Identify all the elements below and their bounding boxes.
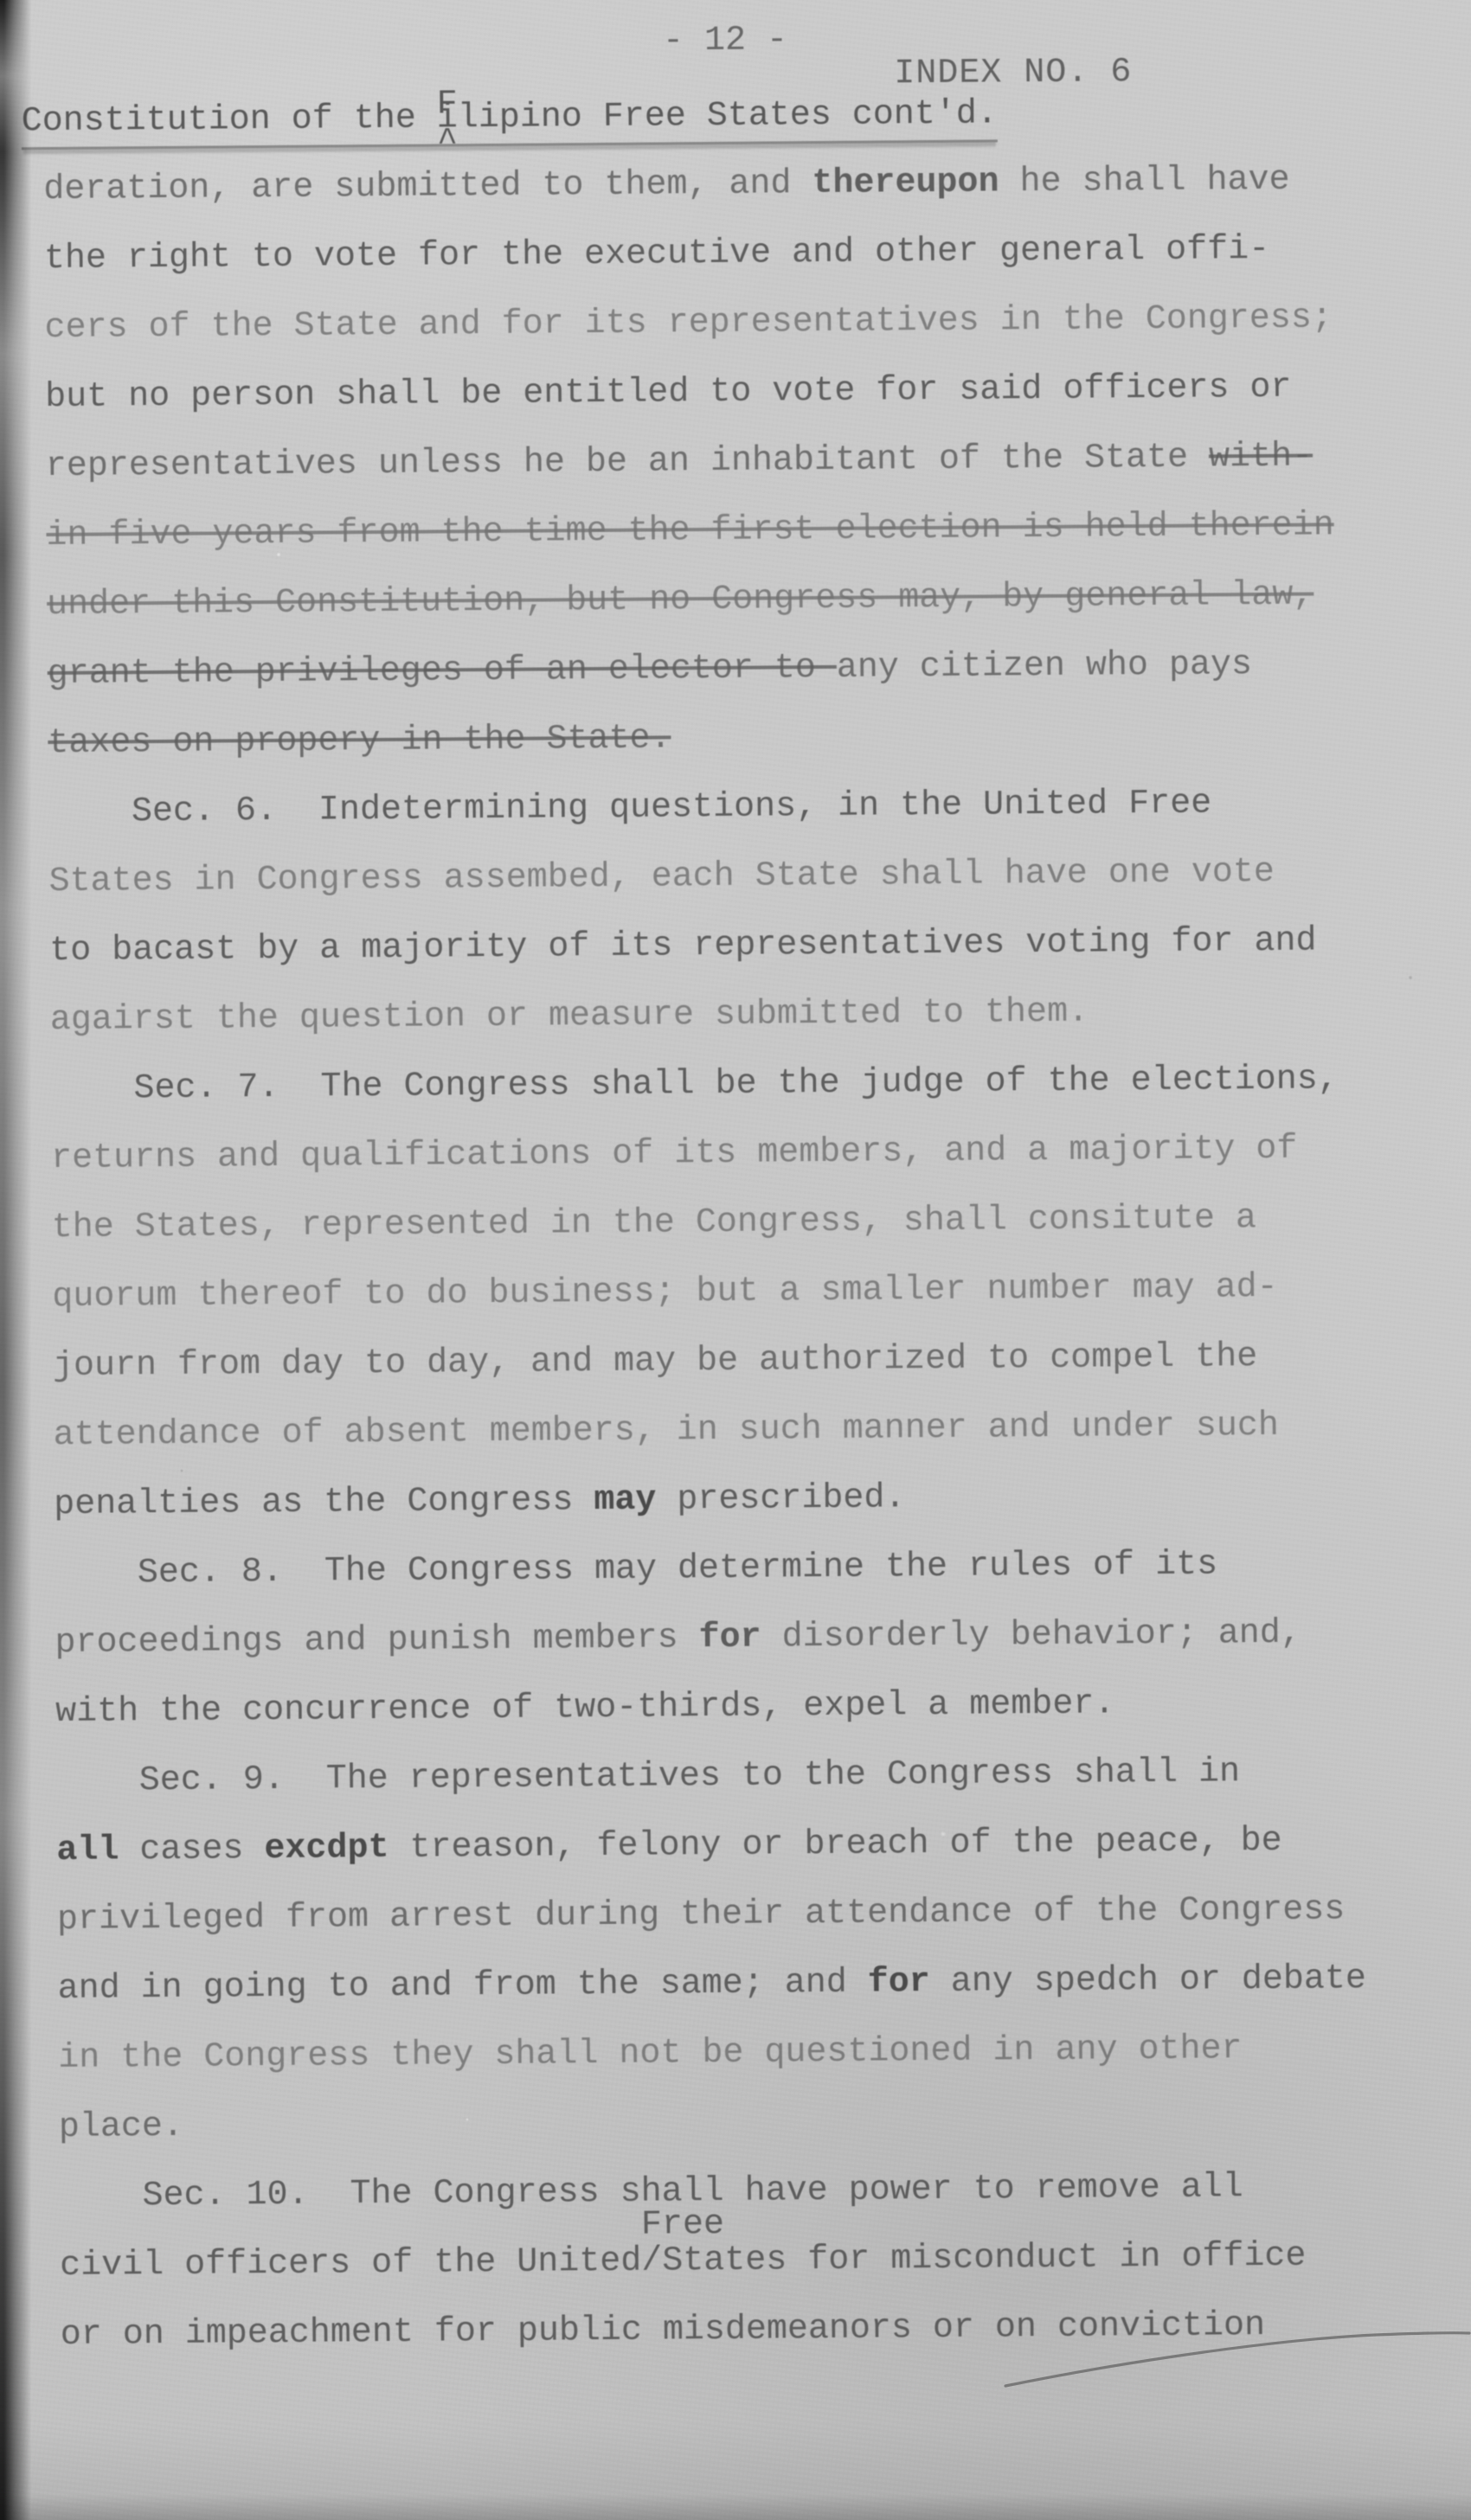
text-segment: place. (59, 2107, 183, 2147)
text-segment: all (56, 1831, 119, 1870)
body-line: grant the privileges of an elector to an… (48, 643, 1450, 723)
typewritten-text-layer: - 12 - INDEX NO. 6 Constitution of the F… (0, 0, 1471, 2520)
body-line: or on impeachment for public misdemeanor… (61, 2304, 1463, 2384)
body-line: Sec. 6. Indetermining questions, in the … (48, 781, 1451, 862)
text-segment: to bacast by a majority of its represent… (49, 922, 1317, 971)
text-segment: returns and qualifications of its member… (51, 1130, 1298, 1178)
text-segment: attendance of absent members, in such ma… (53, 1407, 1279, 1455)
text-segment: grant the privileges of an elector to (48, 649, 837, 694)
scanned-document-page: - 12 - INDEX NO. 6 Constitution of the F… (0, 0, 1471, 2520)
text-segment: may (594, 1481, 656, 1521)
body-line: taxes on propery in the State. (48, 712, 1450, 792)
text-segment: cases (119, 1830, 264, 1869)
text-segment: any spedch or debate (930, 1959, 1366, 2002)
text-segment: Sec. 9. The representatives to the Congr… (139, 1753, 1241, 1800)
text-segment: any citizen who pays (837, 645, 1252, 688)
body-line: returns and qualifications of its member… (51, 1127, 1454, 1208)
body-line: agairst the question or measure submitte… (50, 989, 1453, 1069)
text-segment: treason, felony or breach of the peace, … (389, 1822, 1282, 1868)
index-label: INDEX NO. 6 (894, 52, 1132, 95)
body-line: quorum thereof to do business; but a sma… (52, 1266, 1455, 1346)
text-segment: excdpt (264, 1829, 389, 1869)
text-segment: agairst the question or measure submitte… (50, 993, 1089, 1040)
text-segment: with the concurrence of two-thirds, expe… (55, 1684, 1115, 1732)
page-number: - 12 - (663, 20, 787, 62)
text-segment: in five years from the time the first el… (46, 506, 1334, 555)
text-segment: the States, represented in the Congress,… (52, 1199, 1257, 1247)
body-line: representatives unless he be an inhabita… (46, 435, 1449, 516)
text-segment: prescribed. (656, 1478, 905, 1519)
text-segment: under this Constitution, but no Congress… (47, 576, 1314, 625)
text-segment: proceedings and punish members (55, 1619, 698, 1663)
body-line: deration, are submitted to them, and the… (43, 158, 1446, 239)
body-line: all cases excdpt treason, felony or brea… (56, 1819, 1459, 1900)
body-line: States in Congress assembed, each State … (48, 850, 1451, 931)
body-line: in five years from the time the first el… (46, 504, 1449, 585)
text-segment: civil officers of the United (60, 2242, 641, 2286)
text-segment: or on impeachment for public misdemeanor… (61, 2306, 1266, 2355)
text-segment: disorderly behavior; and, (761, 1614, 1301, 1658)
text-segment: deration, are submitted to them, and (43, 164, 812, 209)
text-segment: Sec. 8. The Congress may determine the r… (138, 1545, 1218, 1593)
body-line: Sec. 10. The Congress shall have power t… (59, 2165, 1461, 2246)
text-segment: /States for misconduct in office (641, 2237, 1306, 2281)
body-line: to bacast by a majority of its represent… (49, 920, 1452, 1000)
body-line: attendance of absent members, in such ma… (53, 1404, 1455, 1484)
text-segment: with- (1209, 438, 1313, 478)
body-line: Sec. 9. The representatives to the Congr… (56, 1750, 1459, 1831)
text-segment: thereupon (812, 163, 999, 203)
text-segment: Sec. 6. Indetermining questions, in the … (132, 784, 1212, 831)
text-segment: ilipino Free States cont'd. (437, 94, 998, 138)
body-line: and in going to and from the same; and f… (57, 1958, 1460, 2038)
body-line: but no person shall be entitled to vote … (45, 366, 1448, 446)
body-line: in the Congress they shall not be questi… (58, 2027, 1461, 2107)
text-segment: Constitution of the (22, 99, 437, 141)
body-line: penalties as the Congress may prescribed… (54, 1473, 1456, 1554)
text-segment: States in Congress assembed, each State … (48, 853, 1275, 901)
text-segment: Sec. 7. The Congress shall be the judge … (133, 1060, 1339, 1108)
text-segment: cers of the State and for its representa… (44, 298, 1333, 348)
body-line: cers of the State and for its representa… (44, 297, 1447, 377)
text-segment: journ from day to day, and may be author… (53, 1337, 1258, 1386)
body-line: proceedings and punish members for disor… (55, 1612, 1457, 1692)
text-segment: in the Congress they shall not be questi… (58, 2029, 1243, 2078)
body-line: with the concurrence of two-thirds, expe… (55, 1681, 1458, 1761)
text-segment: he shall have (999, 161, 1289, 202)
body-line: journ from day to day, and may be author… (53, 1335, 1455, 1415)
document-heading: Constitution of the F^ilipino Free State… (22, 93, 999, 150)
body-line: Sec. 8. The Congress may determine the r… (55, 1542, 1457, 1623)
document-body: deration, are submitted to them, and the… (43, 158, 1462, 2384)
text-segment: and in going to and from the same; and (57, 1964, 867, 2009)
text-segment: taxes on propery in the State. (48, 719, 671, 763)
body-line: civil officers of the UnitedFree/States … (60, 2235, 1462, 2315)
body-line: under this Constitution, but no Congress… (47, 574, 1449, 654)
body-line: Sec. 7. The Congress shall be the judge … (50, 1058, 1453, 1138)
body-line: privileged from arrest during their atte… (57, 1888, 1460, 1969)
text-segment: quorum thereof to do business; but a sma… (52, 1268, 1278, 1317)
text-segment: but no person shall be entitled to vote … (45, 369, 1292, 417)
body-line: the States, represented in the Congress,… (52, 1196, 1455, 1277)
text-segment: privileged from arrest during their atte… (57, 1890, 1346, 1940)
text-segment: representatives unless he be an inhabita… (46, 438, 1210, 486)
body-line: place. (59, 2096, 1461, 2177)
body-line: the right to vote for the executive and … (44, 228, 1447, 308)
text-segment: the right to vote for the executive and … (44, 230, 1270, 279)
text-segment: for (698, 1619, 761, 1658)
text-segment: for (868, 1963, 930, 2003)
text-segment: penalties as the Congress (54, 1481, 594, 1524)
